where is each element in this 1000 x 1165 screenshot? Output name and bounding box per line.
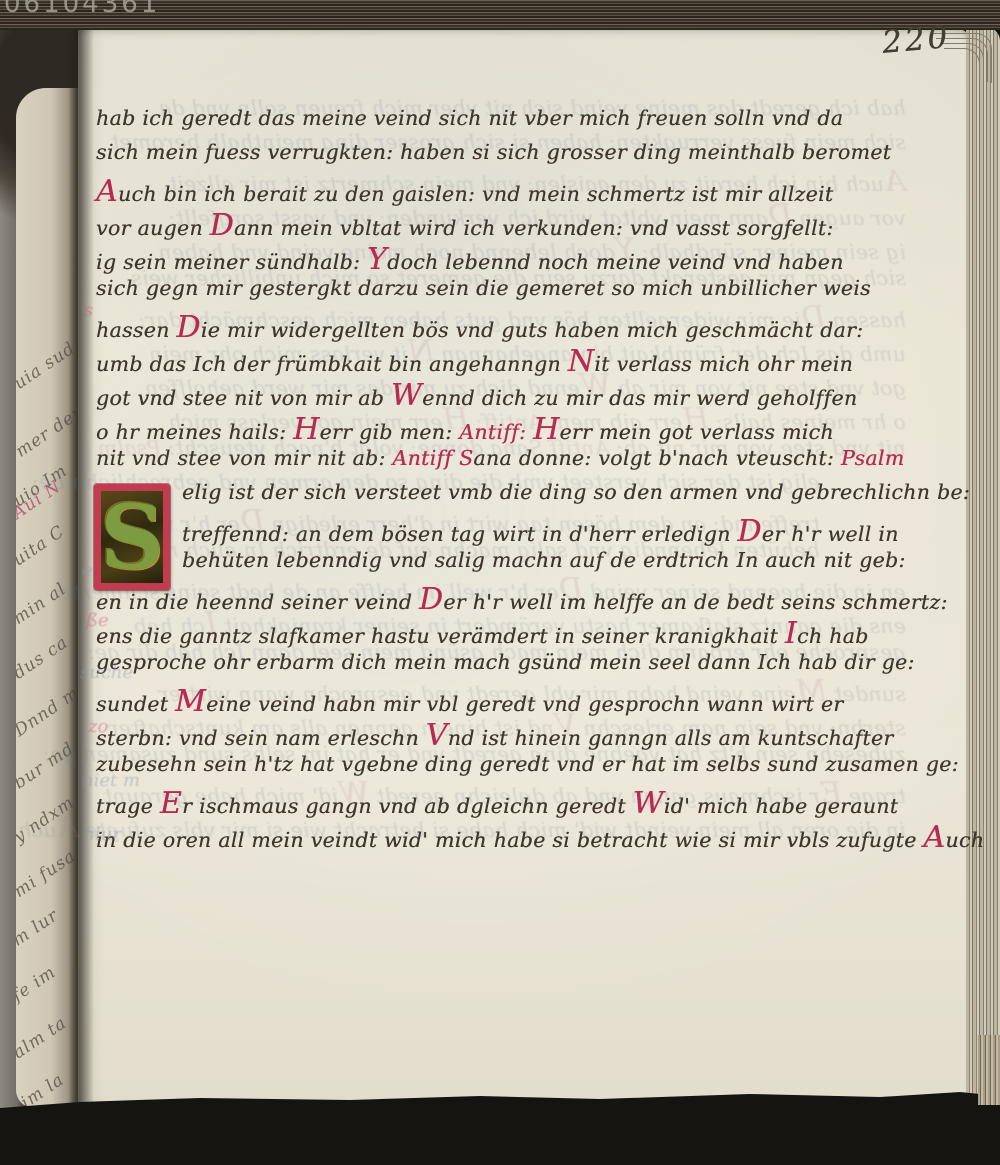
text-segment: o hr meines hails: [96, 420, 293, 444]
text-segment: umb das Ich der frümbkait bin angehanngn [96, 352, 568, 376]
text-line: sich mein fuess verrugkten: haben si sic… [96, 140, 906, 174]
text-segment: I [785, 616, 797, 651]
text-line: treffennd: an dem bösen tag wirt in d'he… [182, 514, 906, 548]
text-line: elig ist der sich versteet vmb die ding … [182, 480, 906, 514]
facing-page-fragment: m lur [16, 905, 62, 950]
fore-edge-page-stack [966, 27, 1000, 1108]
facing-page-fragment: uita C [16, 522, 68, 571]
gutter-show-through-fragment: alur [84, 824, 121, 845]
text-segment: ana donne: volgt b'nach vteuscht: [473, 446, 841, 470]
facing-page-fragment: dus ca [16, 632, 72, 683]
text-segment: err gib men: [320, 420, 460, 444]
text-segment: doch lebennd noch meine veind vnd haben [387, 250, 844, 274]
text-segment: treffennd: an dem bösen tag wirt in d'he… [182, 522, 737, 546]
text-line: Auch bin ich berait zu den gaislen: vnd … [96, 174, 906, 208]
text-segment: vor augen [96, 216, 210, 240]
text-segment: got vnd stee nit von mir ab [96, 386, 391, 410]
folio-number: 220 [881, 19, 952, 61]
text-line: o hr meines hails: Herr gib men: Antiff:… [96, 412, 906, 446]
text-segment: er h'r well im helffe an de bedt seins s… [443, 590, 947, 614]
text-segment: Antiff: [459, 420, 533, 444]
text-segment: uch bin ich berait zu den gaislen: vnd m… [118, 182, 833, 206]
book-top-edge: 06104361 [0, 0, 1000, 30]
text-segment: gesproche ohr erbarm dich mein mach gsün… [96, 650, 915, 674]
text-line: got vnd stee nit von mir ab Wennd dich z… [96, 378, 906, 412]
text-segment: V [426, 718, 448, 753]
text-segment: ch hab [797, 624, 869, 648]
illuminated-initial: S [94, 484, 170, 590]
text-segment: D [210, 208, 234, 243]
text-segment: sich gegn mir gestergkt darzu sein die g… [96, 276, 871, 300]
text-segment: sterbn: vnd sein nam erleschn [96, 726, 426, 750]
text-line: gesproche ohr erbarm dich mein mach gsün… [96, 650, 906, 684]
gutter-show-through-fragment: zo [88, 716, 108, 737]
text-line: vor augen Dann mein vbltat wird ich verk… [96, 208, 906, 242]
text-segment: Psalm [841, 446, 904, 470]
text-line: umb das Ich der frümbkait bin angehanngn… [96, 344, 906, 378]
text-segment: zubesehn sein h'tz hat vgebne ding gered… [96, 752, 959, 776]
text-segment: nd ist hinein ganngn alls am kuntschafte… [448, 726, 894, 750]
text-segment: err mein got verlass mich [559, 420, 833, 444]
text-segment: ig sein meiner sündhalb: [96, 250, 367, 274]
text-segment: in die oren all mein veindt wid' mich ha… [96, 828, 923, 852]
gutter-show-through-fragment: suche [80, 662, 133, 683]
text-segment: ens die ganntz slafkamer hastu verämdert… [96, 624, 785, 648]
text-segment: M [175, 684, 206, 719]
facing-page-fragment: min al [16, 579, 70, 629]
facing-page-fragment: fe im [16, 962, 60, 1006]
text-segment: Y [367, 242, 387, 277]
text-line: in die oren all mein veindt wid' mich ha… [96, 820, 906, 854]
text-segment: behüten lebenndig vnd salig machn auf de… [182, 548, 906, 572]
text-line: hassen Die mir widergellten bös vnd guts… [96, 310, 906, 344]
text-segment: sich mein fuess verrugkten: haben si sic… [96, 140, 891, 164]
text-line: trage Er ischmaus gangn vnd ab dgleichn … [96, 786, 906, 820]
text-segment: ennd dich zu mir das mir werd geholffen [422, 386, 857, 410]
text-segment: hab ich geredt das meine veind sich nit … [96, 106, 843, 130]
text-segment: N [568, 344, 595, 379]
text-segment: uch [945, 828, 984, 852]
text-segment: A [96, 174, 118, 209]
text-segment: W [391, 378, 422, 413]
text-segment: id' mich habe geraunt [664, 794, 898, 818]
shelfmark-label: 06104361 [4, 0, 160, 19]
manuscript-text-block: hab ich geredt das meine veind sich nit … [96, 106, 906, 854]
facing-page-fragment: alm ta [16, 1013, 71, 1063]
illuminated-initial-letter: S [100, 493, 164, 581]
text-segment: nit vnd stee von mir nit ab: [96, 446, 392, 470]
text-segment: ie mir widergellten bös vnd guts haben m… [201, 318, 864, 342]
gutter-show-through-fragment: s [84, 300, 93, 321]
text-segment: r ischmaus gangn vnd ab dgleichn geredt [182, 794, 633, 818]
text-line: en in die heennd seiner veind Der h'r we… [96, 582, 906, 616]
text-line: sich gegn mir gestergkt darzu sein die g… [96, 276, 906, 310]
text-segment: it verlass mich ohr mein [594, 352, 853, 376]
gutter-show-through-fragment: niet m [82, 770, 140, 791]
text-segment: H [293, 412, 319, 447]
text-line: nit vnd stee von mir nit ab: Antiff Sana… [96, 446, 906, 480]
text-segment: Antiff S [392, 446, 473, 470]
text-segment: A [923, 820, 945, 855]
text-line: sterbn: vnd sein nam erleschn Vnd ist hi… [96, 718, 906, 752]
text-segment: en in die heennd seiner veind [96, 590, 419, 614]
text-segment: ann mein vbltat wird ich verkunden: vnd … [234, 216, 834, 240]
text-segment: hassen [96, 318, 176, 342]
text-segment: er h'r well in [762, 522, 899, 546]
text-line: ens die ganntz slafkamer hastu verämdert… [96, 616, 906, 650]
text-segment: W [633, 786, 664, 821]
text-line: ig sein meiner sündhalb: Ydoch lebennd n… [96, 242, 906, 276]
text-line: sundet Meine veind habn mir vbl geredt v… [96, 684, 906, 718]
text-segment: D [737, 514, 761, 549]
text-segment: H [533, 412, 559, 447]
text-segment: elig ist der sich versteet vmb die ding … [182, 480, 970, 504]
bottom-corner-page-edges [978, 1035, 1000, 1105]
gutter-show-through-fragment: ße [86, 610, 109, 631]
text-segment: D [176, 310, 200, 345]
text-line: behüten lebenndig vnd salig machn auf de… [182, 548, 906, 582]
text-line: zubesehn sein h'tz hat vgebne ding gered… [96, 752, 906, 786]
text-segment: sundet [96, 692, 175, 716]
text-segment: D [419, 582, 443, 617]
text-segment: E [160, 786, 182, 821]
text-segment: trage [96, 794, 160, 818]
facing-page-fragment: sim la [16, 1070, 68, 1108]
text-segment: eine veind habn mir vbl geredt vnd gespr… [206, 692, 843, 716]
text-line: hab ich geredt das meine veind sich nit … [96, 106, 906, 140]
